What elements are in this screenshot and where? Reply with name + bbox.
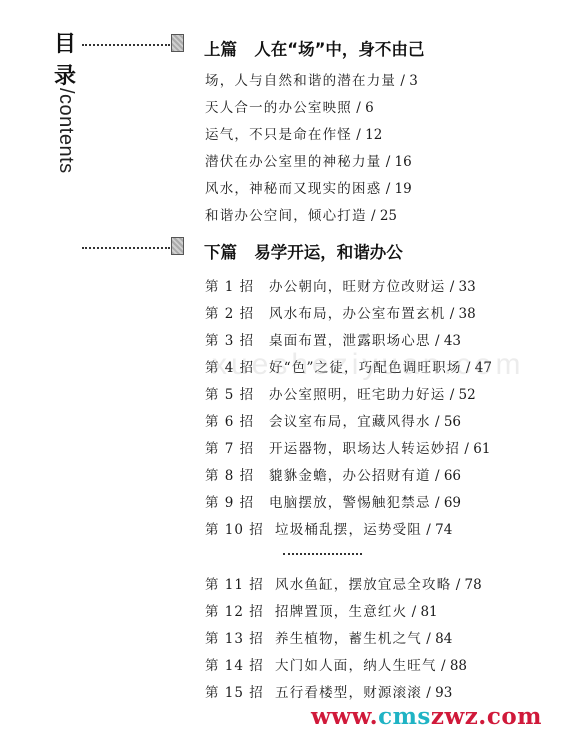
entry-title: 和谐办公空间，倾心打造 <box>205 208 367 224</box>
entry-title: 场，人与自然和谐的潜在力量 <box>205 73 396 89</box>
entry-number: 第 1 招 <box>205 275 269 295</box>
toc-entry[interactable]: 第 6 招会议室布局，宜藏风得水 / 56 <box>205 410 461 430</box>
part1-leader-dots <box>82 44 170 46</box>
watermark-part-www: www. <box>311 703 378 730</box>
heading-char-mu: 目 <box>52 32 78 58</box>
page-separator: / <box>431 468 444 484</box>
page-separator: / <box>352 127 365 143</box>
page-number: 81 <box>420 604 437 620</box>
toc-entry[interactable]: 第 5 招办公室照明，旺宅助力好运 / 52 <box>205 383 476 403</box>
toc-entry[interactable]: 风水，神秘而又现实的困惑 / 19 <box>205 177 412 197</box>
toc-entry[interactable]: 第 2 招风水布局，办公室布置玄机 / 38 <box>205 302 476 322</box>
entry-title: 风水，神秘而又现实的困惑 <box>205 181 381 197</box>
entry-number: 第 6 招 <box>205 410 269 430</box>
heading-english: /contents <box>54 88 77 174</box>
toc-entry[interactable]: 第 1 招办公朝向，旺财方位改财运 / 33 <box>205 275 476 295</box>
toc-entry[interactable]: 第 9 招电脑摆放，警惕触犯禁忌 / 69 <box>205 491 461 511</box>
toc-entry[interactable]: 第 10 招垃圾桶乱摆，运势受阻 / 74 <box>205 518 452 538</box>
page-separator: / <box>367 208 380 224</box>
entry-title: 会议室布局，宜藏风得水 <box>269 414 431 430</box>
page-number: 25 <box>380 208 397 224</box>
entry-title: 五行看楼型，财源滚滚 <box>275 685 422 701</box>
entry-number: 第 2 招 <box>205 302 269 322</box>
entry-number: 第 4 招 <box>205 356 269 376</box>
page-separator: / <box>437 658 450 674</box>
toc-entry[interactable]: 第 13 招养生植物，蓄生机之气 / 84 <box>205 627 452 647</box>
entry-title: 潜伏在办公室里的神秘力量 <box>205 154 381 170</box>
toc-entry[interactable]: 第 12 招招牌置顶，生意红火 / 81 <box>205 600 438 620</box>
page-number: 61 <box>473 441 490 457</box>
entry-number: 第 8 招 <box>205 464 269 484</box>
entry-number: 第 13 招 <box>205 627 275 647</box>
page-number: 74 <box>435 522 452 538</box>
page-number: 52 <box>459 387 476 403</box>
page-number: 16 <box>395 154 412 170</box>
entry-title: 开运器物，职场达人转运妙招 <box>269 441 460 457</box>
page-number: 47 <box>475 360 492 376</box>
page-number: 19 <box>395 181 412 197</box>
toc-entry[interactable]: 第 8 招貔貅金蟾，办公招财有道 / 66 <box>205 464 461 484</box>
toc-entry[interactable]: 运气，不只是命在作怪 / 12 <box>205 123 382 143</box>
part1-title: 上篇 人在“场”中，身不由己 <box>204 36 424 60</box>
entry-title: 招牌置顶，生意红火 <box>275 604 407 620</box>
toc-entry[interactable]: 第 14 招大门如人面，纳人生旺气 / 88 <box>205 654 467 674</box>
toc-entry[interactable]: 天人合一的办公室映照 / 6 <box>205 96 374 116</box>
entry-title: 天人合一的办公室映照 <box>205 100 352 116</box>
entry-title: 貔貅金蟾，办公招财有道 <box>269 468 431 484</box>
page-number: 93 <box>435 685 452 701</box>
entry-number: 第 5 招 <box>205 383 269 403</box>
entry-title: 运气，不只是命在作怪 <box>205 127 352 143</box>
toc-entry[interactable]: 场，人与自然和谐的潜在力量 / 3 <box>205 69 418 89</box>
page-separator: / <box>431 414 444 430</box>
page-number: 12 <box>365 127 382 143</box>
part2-marker-icon <box>171 237 184 255</box>
page-separator: / <box>422 685 435 701</box>
toc-heading: 目 录 /contents <box>52 32 78 174</box>
entry-number: 第 10 招 <box>205 518 275 538</box>
entry-title: 垃圾桶乱摆，运势受阻 <box>275 522 422 538</box>
page-separator: / <box>451 577 464 593</box>
entry-number: 第 14 招 <box>205 654 275 674</box>
page-separator: / <box>381 154 394 170</box>
page-number: 38 <box>459 306 476 322</box>
watermark-part-cms: cms <box>378 703 431 730</box>
toc-entry[interactable]: 和谐办公空间，倾心打造 / 25 <box>205 204 397 224</box>
entry-title: 大门如人面，纳人生旺气 <box>275 658 437 674</box>
part1-marker-icon <box>171 34 184 52</box>
entry-number: 第 3 招 <box>205 329 269 349</box>
page-separator: / <box>445 387 458 403</box>
page-separator: / <box>431 333 444 349</box>
page-separator: / <box>445 306 458 322</box>
entry-title: 好“色”之徒，巧配色调旺职场 <box>269 360 462 376</box>
toc-entry[interactable]: 第 3 招桌面布置，泄露职场心思 / 43 <box>205 329 461 349</box>
page-separator: / <box>396 73 409 89</box>
toc-entry[interactable]: 第 11 招风水鱼缸，摆放宜忌全攻略 / 78 <box>205 573 482 593</box>
page-number: 84 <box>435 631 452 647</box>
toc-entry[interactable]: 第 4 招好“色”之徒，巧配色调旺职场 / 47 <box>205 356 492 376</box>
entry-title: 电脑摆放，警惕触犯禁忌 <box>269 495 431 511</box>
entry-number: 第 15 招 <box>205 681 275 701</box>
toc-entry[interactable]: 潜伏在办公室里的神秘力量 / 16 <box>205 150 412 170</box>
entry-number: 第 7 招 <box>205 437 269 457</box>
part2-title: 下篇 易学开运，和谐办公 <box>204 239 403 263</box>
entry-title: 风水布局，办公室布置玄机 <box>269 306 445 322</box>
page-separator: / <box>422 631 435 647</box>
page-number: 78 <box>465 577 482 593</box>
entry-number: 第 12 招 <box>205 600 275 620</box>
watermark-part-domain: zwz.com <box>431 703 542 730</box>
entry-title: 桌面布置，泄露职场心思 <box>269 333 431 349</box>
part2-leader-dots <box>82 247 170 249</box>
page-number: 3 <box>409 73 418 89</box>
heading-char-lu: 录 <box>52 64 78 90</box>
page-separator: / <box>431 495 444 511</box>
page-number: 33 <box>459 279 476 295</box>
page-number: 56 <box>444 414 461 430</box>
page-separator: / <box>462 360 475 376</box>
entry-title: 办公朝向，旺财方位改财运 <box>269 279 445 295</box>
entry-number: 第 9 招 <box>205 491 269 511</box>
entry-number: 第 11 招 <box>205 573 275 593</box>
page-separator: / <box>407 604 420 620</box>
toc-entry[interactable]: 第 15 招五行看楼型，财源滚滚 / 93 <box>205 681 452 701</box>
entry-title: 办公室照明，旺宅助力好运 <box>269 387 445 403</box>
page-number: 66 <box>444 468 461 484</box>
page-number: 88 <box>450 658 467 674</box>
page-separator: / <box>352 100 365 116</box>
page-separator: / <box>445 279 458 295</box>
entry-title: 养生植物，蓄生机之气 <box>275 631 422 647</box>
omission-dots-separator <box>283 553 362 555</box>
page-separator: / <box>460 441 473 457</box>
page-number: 43 <box>444 333 461 349</box>
page-number: 6 <box>365 100 374 116</box>
page-separator: / <box>381 181 394 197</box>
page-number: 69 <box>444 495 461 511</box>
page-separator: / <box>422 522 435 538</box>
entry-title: 风水鱼缸，摆放宜忌全攻略 <box>275 577 451 593</box>
site-watermark: www.cmszwz.com <box>311 703 542 730</box>
toc-entry[interactable]: 第 7 招开运器物，职场达人转运妙招 / 61 <box>205 437 490 457</box>
